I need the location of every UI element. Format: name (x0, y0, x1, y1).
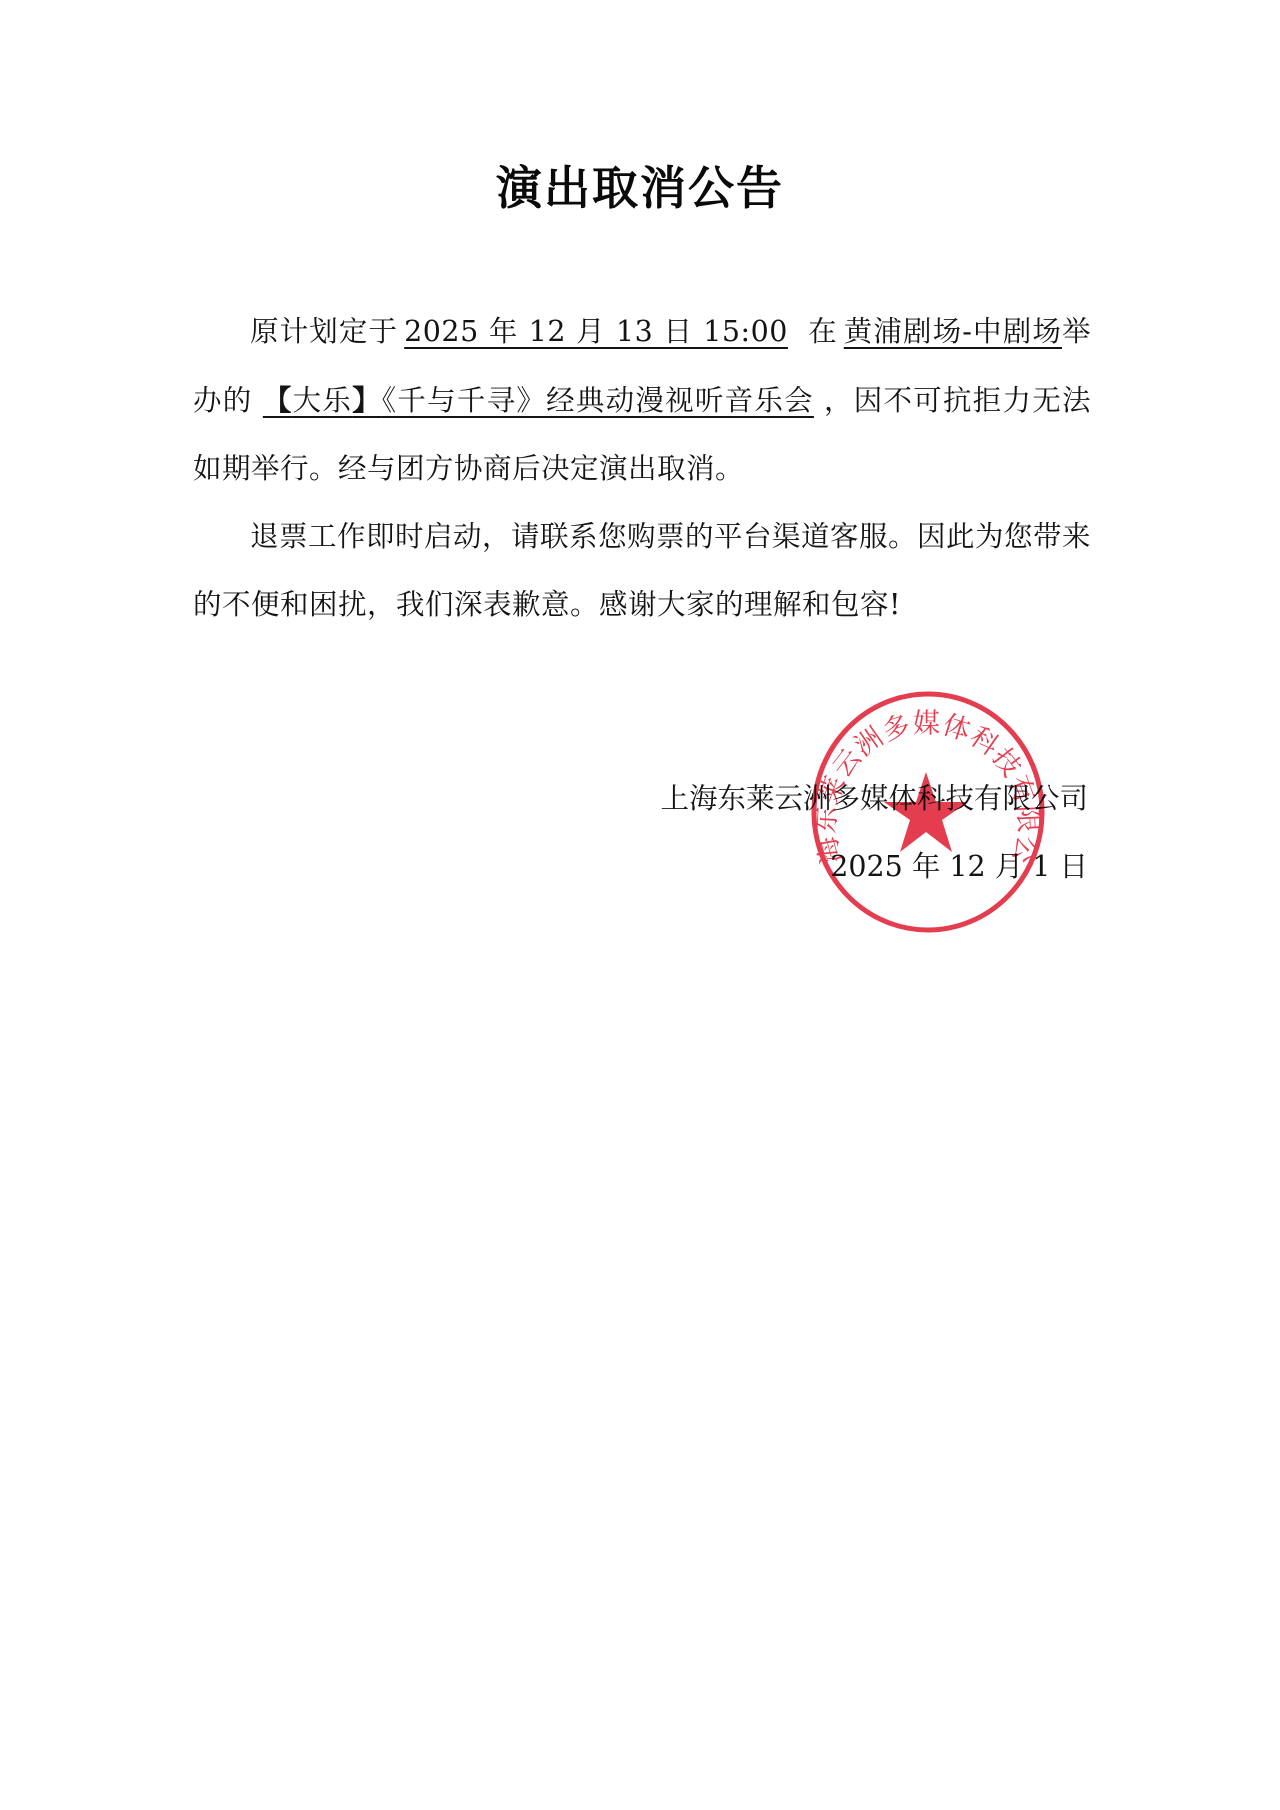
signature-date: 2025 年 12 月 1 日 (660, 833, 1088, 901)
paragraph-refund: 退票工作即时启动，请联系您购票的平台渠道客服。因此为您带来的不便和困扰，我们深表… (193, 503, 1091, 639)
event-venue: 黄浦剧场-中剧场 (838, 315, 1062, 348)
company-name: 上海东莱云洲多媒体科技有限公司 (660, 765, 1088, 833)
event-datetime: 2025 年 12 月 13 日 15:00 (398, 315, 798, 348)
event-name: 【大乐】《千与千寻》经典动漫视听音乐会 (263, 384, 824, 417)
bracket-close: 】 (352, 383, 382, 417)
event-title: 《千与千寻》经典动漫视听音乐会 (382, 384, 814, 417)
document-page: 演出取消公告 原计划定于2025 年 12 月 13 日 15:00 在黄浦剧场… (0, 0, 1280, 1810)
at-word: 在 (808, 315, 838, 348)
document-title: 演出取消公告 (0, 158, 1280, 218)
document-body: 原计划定于2025 年 12 月 13 日 15:00 在黄浦剧场-中剧场举办的… (193, 298, 1091, 639)
planned-prefix: 原计划定于 (250, 315, 398, 348)
signature-block: 上海东莱云洲多媒体科技有限公司 2025 年 12 月 1 日 (660, 765, 1088, 901)
bracket-open: 【 (263, 383, 293, 417)
paragraph-cancellation: 原计划定于2025 年 12 月 13 日 15:00 在黄浦剧场-中剧场举办的… (193, 298, 1091, 503)
event-organizer: 大乐 (293, 384, 353, 417)
